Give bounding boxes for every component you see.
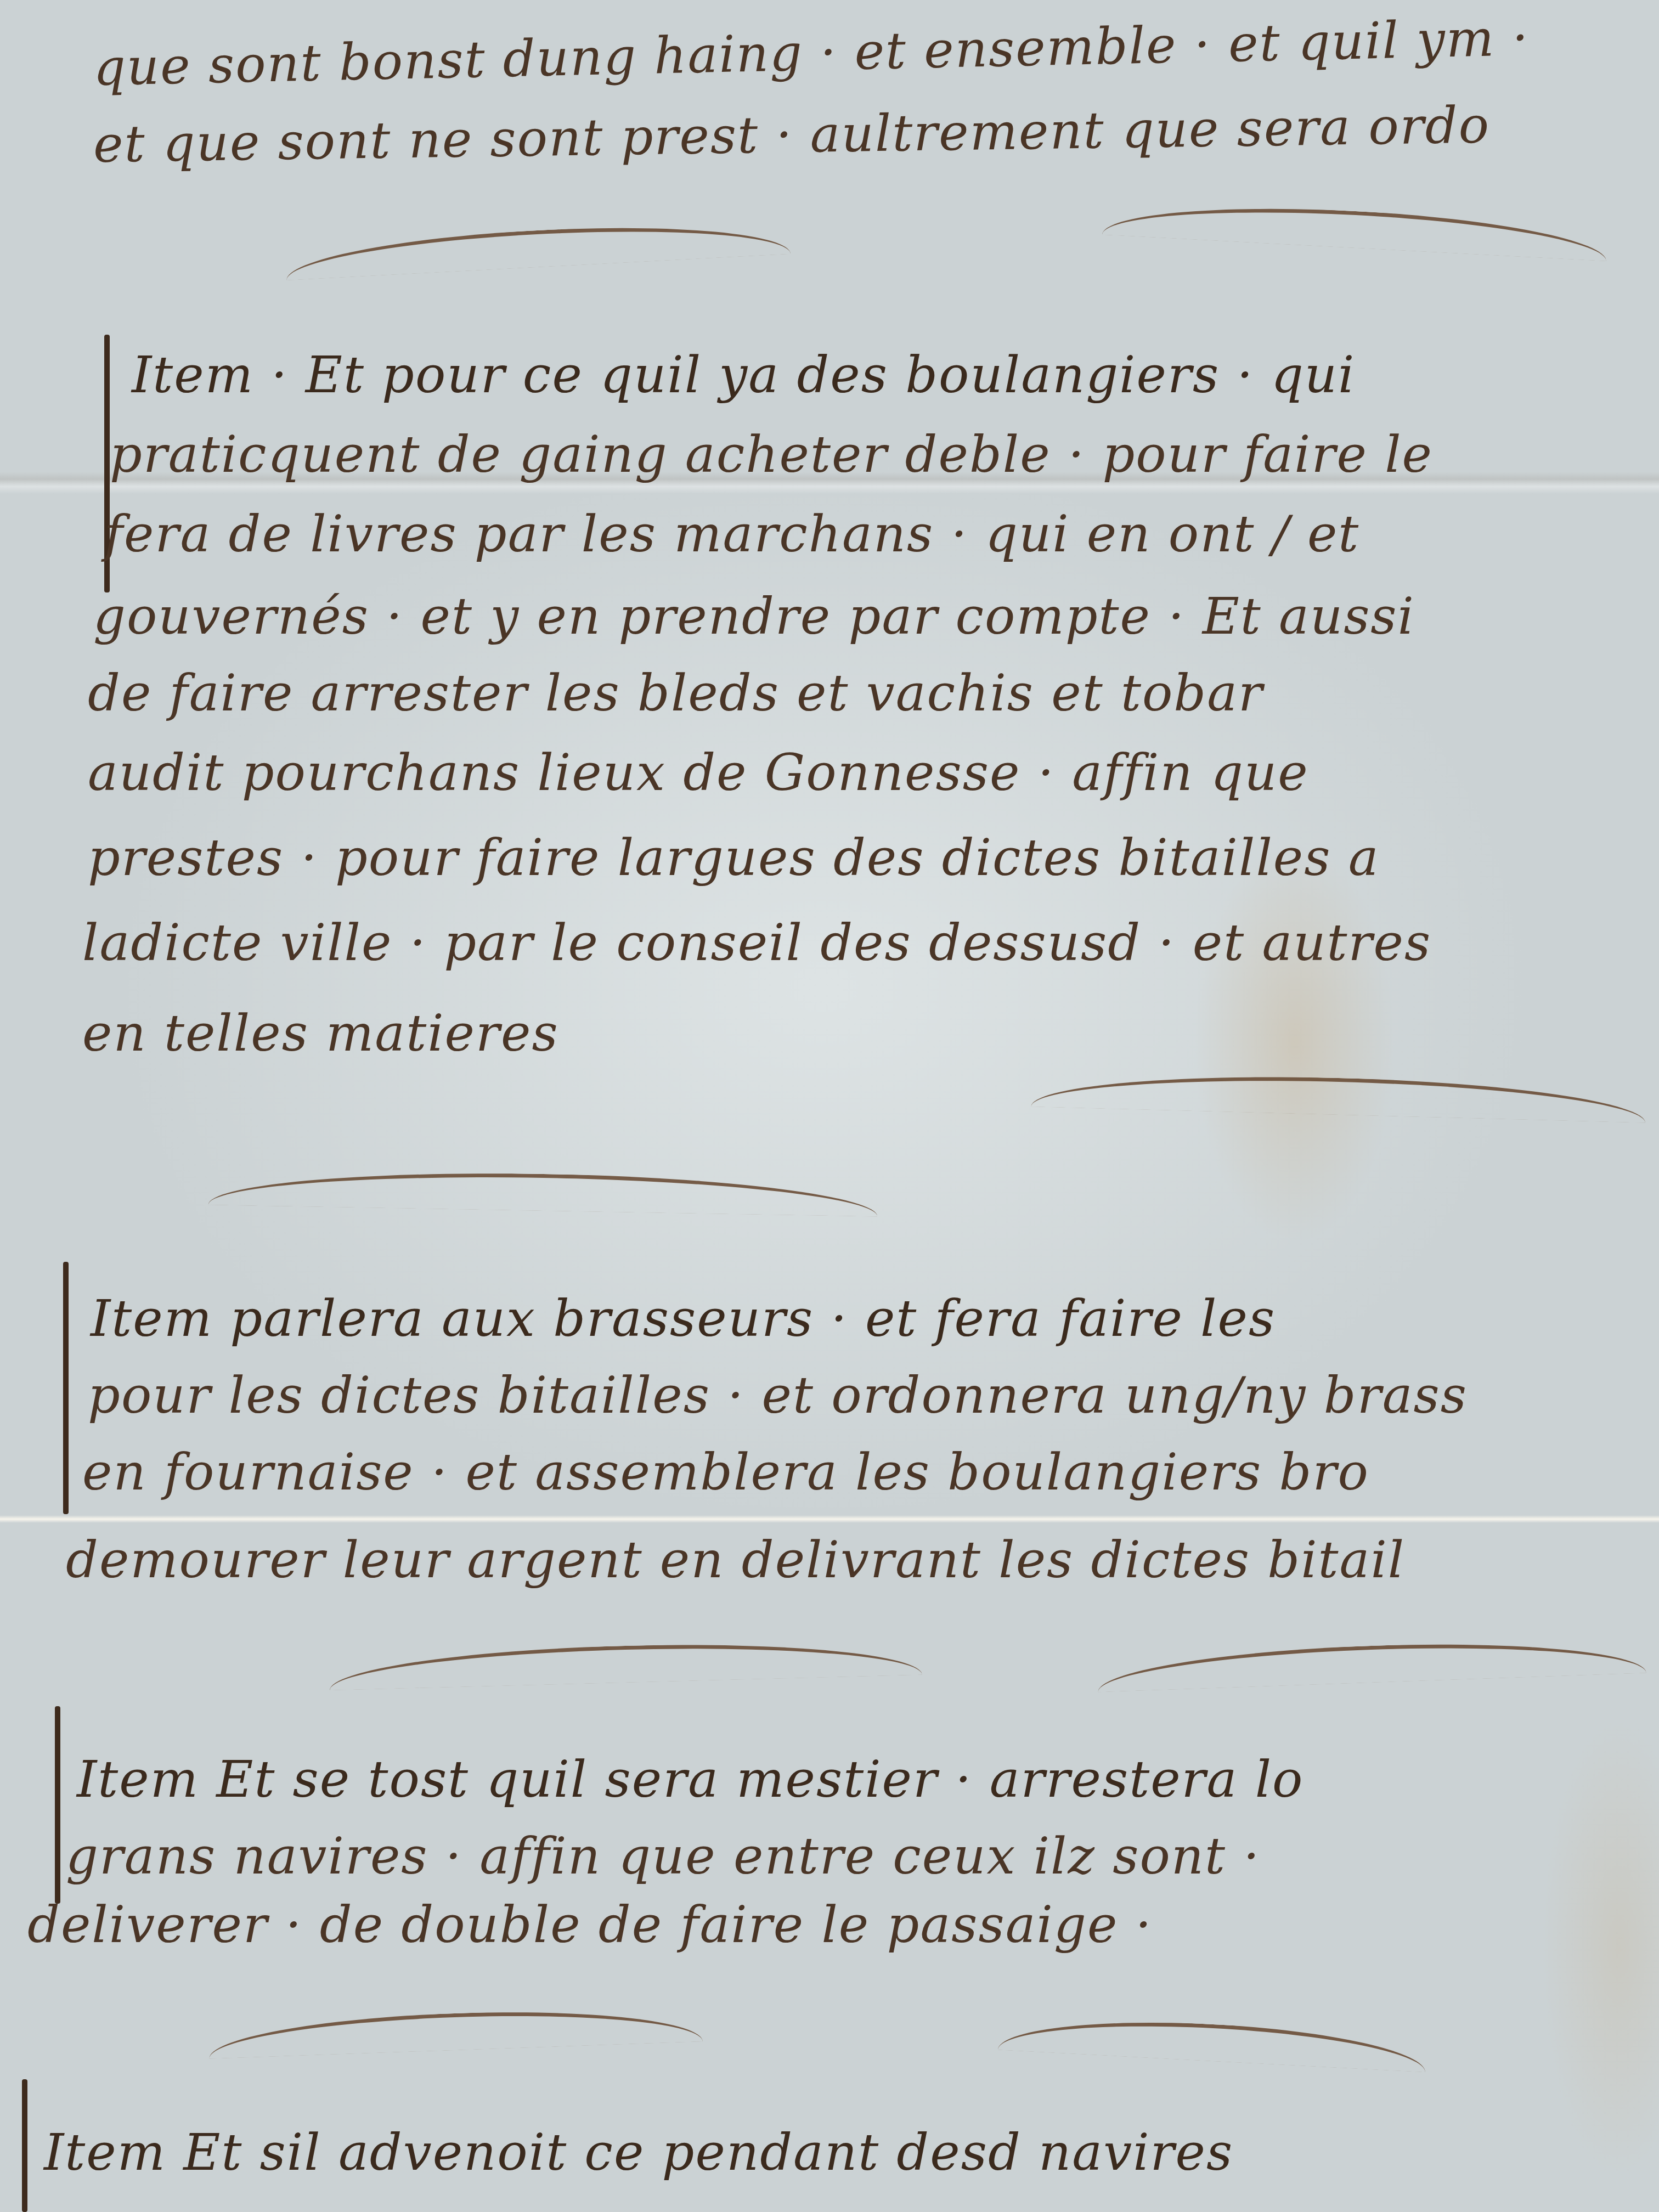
manuscript-line: ladicte ville · par le conseil des dessu…	[82, 913, 1431, 972]
manuscript-line: praticquent de gaing acheter deble · pou…	[110, 425, 1433, 484]
manuscript-line: demourer leur argent en delivrant les di…	[66, 1531, 1405, 1589]
manuscript-line: de faire arrester les bleds et vachis et…	[88, 664, 1263, 723]
manuscript-line: Item Et sil advenoit ce pendant desd nav…	[44, 2123, 1233, 2182]
manuscript-line: en telles matieres	[82, 1004, 559, 1063]
manuscript-line: en fournaise · et assemblera les boulang…	[82, 1443, 1369, 1502]
manuscript-line: pour les dictes bitailles · et ordonnera…	[88, 1366, 1468, 1425]
manuscript-line: gouvernés · et y en prendre par compte ·…	[93, 587, 1415, 646]
manuscript-line: Item · Et pour ce quil ya des boulangier…	[132, 346, 1355, 404]
manuscript-line: Item parlera aux brasseurs · et fera fai…	[91, 1289, 1276, 1348]
manuscript-line: audit pourchans lieux de Gonnesse · affi…	[88, 743, 1309, 802]
paper-fold	[0, 1515, 1659, 1523]
manuscript-line: prestes · pour faire largues des dictes …	[88, 828, 1380, 887]
manuscript-line: fera de livres par les marchans · qui en…	[104, 505, 1359, 563]
manuscript-line: Item Et se tost quil sera mestier · arre…	[77, 1750, 1304, 1809]
manuscript-line: grans navires · affin que entre ceux ilz…	[66, 1827, 1261, 1886]
manuscript-line: deliverer · de double de faire le passai…	[27, 1895, 1153, 1954]
paragraph-mark-icon	[63, 1262, 69, 1514]
paragraph-mark-icon	[22, 2079, 27, 2212]
paragraph-mark-icon	[55, 1706, 60, 1904]
